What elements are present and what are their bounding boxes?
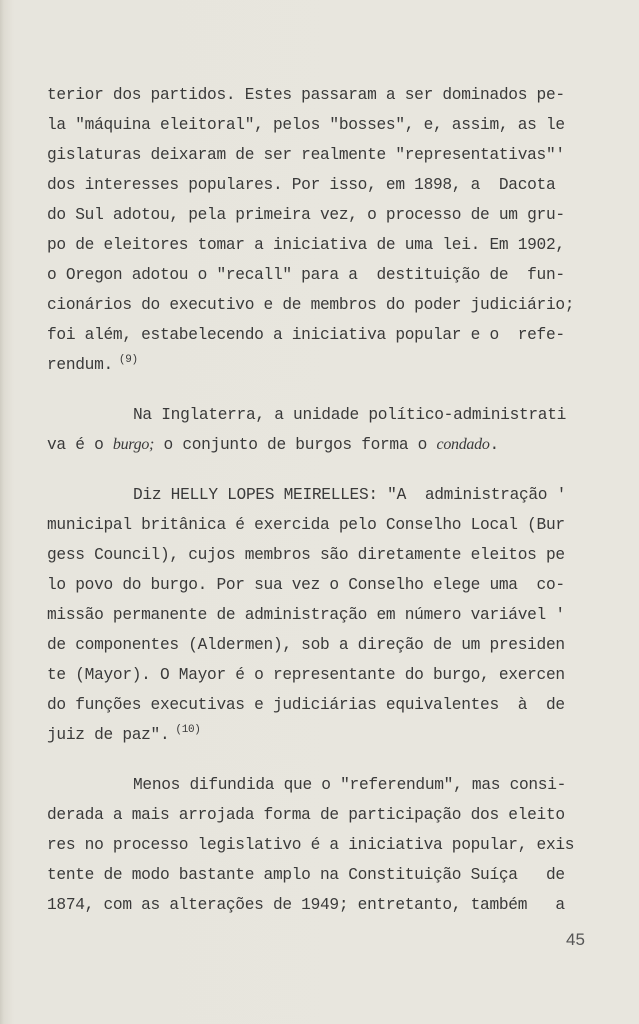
text-line: dos interesses populares. Por isso, em 1… xyxy=(47,170,607,200)
paragraph-3: Diz HELLY LOPES MEIRELLES: "A administra… xyxy=(47,480,607,750)
text-line: Menos difundida que o "referendum", mas … xyxy=(47,770,607,800)
text-span: juiz de paz". xyxy=(47,726,169,744)
text-line: va é o burgo; o conjunto de burgos forma… xyxy=(47,430,607,460)
text-span: o conjunto de burgos forma o xyxy=(154,436,436,454)
paragraph-2: Na Inglaterra, a unidade político-admini… xyxy=(47,400,607,460)
text-line: do Sul adotou, pela primeira vez, o proc… xyxy=(47,200,607,230)
text-line: terior dos partidos. Estes passaram a se… xyxy=(47,80,607,110)
footnote-ref: (9) xyxy=(119,354,138,366)
text-line: Na Inglaterra, a unidade político-admini… xyxy=(47,400,607,430)
body-text: terior dos partidos. Estes passaram a se… xyxy=(47,80,607,920)
text-line: missão permanente de administração em nú… xyxy=(47,600,607,630)
text-span: . xyxy=(490,436,499,454)
text-line: res no processo legislativo é a iniciati… xyxy=(47,830,607,860)
text-line: do funções executivas e judiciárias equi… xyxy=(47,690,607,720)
text-line: gislaturas deixaram de ser realmente "re… xyxy=(47,140,607,170)
footnote-ref: (10) xyxy=(175,724,200,736)
text-line: cionários do executivo e de membros do p… xyxy=(47,290,607,320)
italic-term: burgo; xyxy=(113,436,154,453)
text-line: tente de modo bastante amplo na Constitu… xyxy=(47,860,607,890)
page-number: 45 xyxy=(566,930,585,950)
text-span: rendum. xyxy=(47,356,113,374)
text-line: de componentes (Aldermen), sob a direção… xyxy=(47,630,607,660)
text-line: rendum.(9) xyxy=(47,350,607,380)
text-line: juiz de paz".(10) xyxy=(47,720,607,750)
scanned-page: terior dos partidos. Estes passaram a se… xyxy=(0,0,639,1024)
text-line: foi além, estabelecendo a iniciativa pop… xyxy=(47,320,607,350)
text-line: la "máquina eleitoral", pelos "bosses", … xyxy=(47,110,607,140)
text-line: po de eleitores tomar a iniciativa de um… xyxy=(47,230,607,260)
text-line: derada a mais arrojada forma de particip… xyxy=(47,800,607,830)
text-line: te (Mayor). O Mayor é o representante do… xyxy=(47,660,607,690)
italic-term: condado xyxy=(437,436,490,453)
text-line: lo povo do burgo. Por sua vez o Conselho… xyxy=(47,570,607,600)
text-line: Diz HELLY LOPES MEIRELLES: "A administra… xyxy=(47,480,607,510)
text-line: 1874, com as alterações de 1949; entreta… xyxy=(47,890,607,920)
text-line: municipal britânica é exercida pelo Cons… xyxy=(47,510,607,540)
paragraph-1: terior dos partidos. Estes passaram a se… xyxy=(47,80,607,380)
text-line: gess Council), cujos membros são diretam… xyxy=(47,540,607,570)
text-span: va é o xyxy=(47,436,113,454)
paragraph-4: Menos difundida que o "referendum", mas … xyxy=(47,770,607,920)
text-line: o Oregon adotou o "recall" para a destit… xyxy=(47,260,607,290)
